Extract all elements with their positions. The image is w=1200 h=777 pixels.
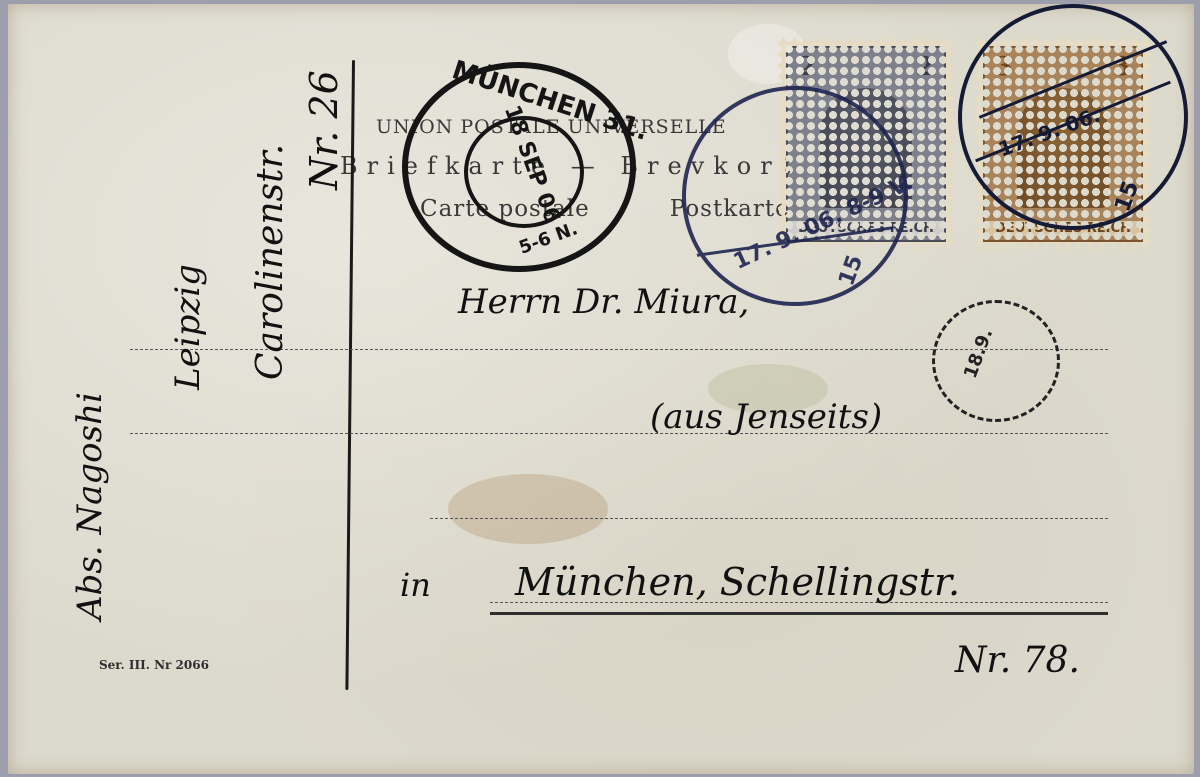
address-line [130,433,1108,434]
postmark-bar [979,40,1167,118]
sender-surname: Nagoshi [70,392,110,534]
paper-stain [448,474,608,544]
recipient-address: München, Schellingstr. [515,560,960,604]
sender-label: Abs. [70,545,110,620]
stamp-value: 2 [798,52,816,82]
stamp-value: 2 [916,52,934,82]
address-underline [490,612,1108,615]
postmark-leipzig-2: 17. 9. 06. 15 [958,4,1188,230]
postmark-muenchen: MÜNCHEN 31. 18 SEP 06 5-6 N. [402,62,636,272]
recipient-house-number: Nr. 78. [955,640,1080,681]
recipient-name: Herrn Dr. Miura, [458,282,749,322]
sender-street: Carolinenstr. [250,144,291,380]
postmark-arrival: 18.9. [932,300,1060,422]
sender-city: Leipzig [168,264,208,390]
postmark-date: 18.9. [960,326,997,381]
postmark-number: 15 [834,252,868,289]
sender-house-number: Nr. 26 [302,70,346,190]
recipient-prefix: in [400,566,431,604]
recipient-note: (aus Jenseits) [650,397,882,437]
postmark-date: 17. 9. 06. [995,103,1103,162]
sender-name: Abs. Nagoshi [70,392,110,620]
series-number: Ser. III. Nr 2066 [99,658,209,672]
address-line [430,518,1108,519]
postmark-leipzig: 17. 9. 06. 8-9 V. 15 [682,86,908,306]
